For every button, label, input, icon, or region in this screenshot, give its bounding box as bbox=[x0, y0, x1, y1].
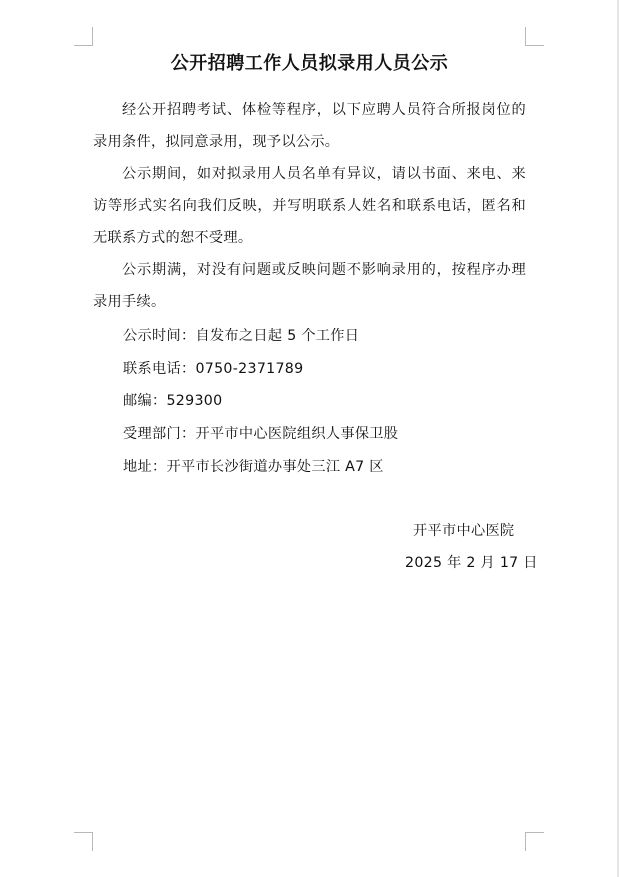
info-value: 开平市长沙街道办事处三江 A7 区 bbox=[166, 459, 383, 475]
info-label: 地址： bbox=[123, 459, 166, 475]
margin-corner-bottom-right bbox=[525, 832, 544, 851]
info-value: 开平市中心医院组织人事保卫股 bbox=[195, 426, 398, 442]
margin-corner-top-left bbox=[74, 27, 93, 46]
info-value: 0750-2371789 bbox=[195, 361, 303, 377]
info-value: 529300 bbox=[166, 393, 222, 409]
signature-date: 2025 年 2 月 17 日 bbox=[405, 553, 538, 573]
paragraph-completion: 公示期满，对没有问题或反映问题不影响录用的，按程序办理录用手续。 bbox=[93, 254, 526, 318]
info-value: 自发布之日起 5 个工作日 bbox=[195, 328, 359, 344]
info-label: 受理部门： bbox=[123, 426, 195, 442]
margin-corner-top-right bbox=[525, 27, 544, 46]
signature-organization: 开平市中心医院 bbox=[413, 521, 514, 541]
info-publicity-period: 公示时间：自发布之日起 5 个工作日 bbox=[123, 326, 359, 346]
margin-corner-bottom-left bbox=[74, 832, 93, 851]
info-address: 地址：开平市长沙街道办事处三江 A7 区 bbox=[123, 457, 384, 477]
document-title: 公开招聘工作人员拟录用人员公示 bbox=[93, 49, 526, 75]
info-phone: 联系电话：0750-2371789 bbox=[123, 359, 303, 379]
info-label: 邮编： bbox=[123, 393, 166, 409]
info-postcode: 邮编：529300 bbox=[123, 391, 222, 411]
paragraph-intro: 经公开招聘考试、体检等程序，以下应聘人员符合所报岗位的录用条件，拟同意录用，现予… bbox=[93, 94, 526, 158]
paragraph-objection: 公示期间，如对拟录用人员名单有异议，请以书面、来电、来访等形式实名向我们反映，并… bbox=[93, 158, 526, 254]
info-department: 受理部门：开平市中心医院组织人事保卫股 bbox=[123, 424, 398, 444]
info-label: 联系电话： bbox=[123, 361, 195, 377]
info-label: 公示时间： bbox=[123, 328, 195, 344]
